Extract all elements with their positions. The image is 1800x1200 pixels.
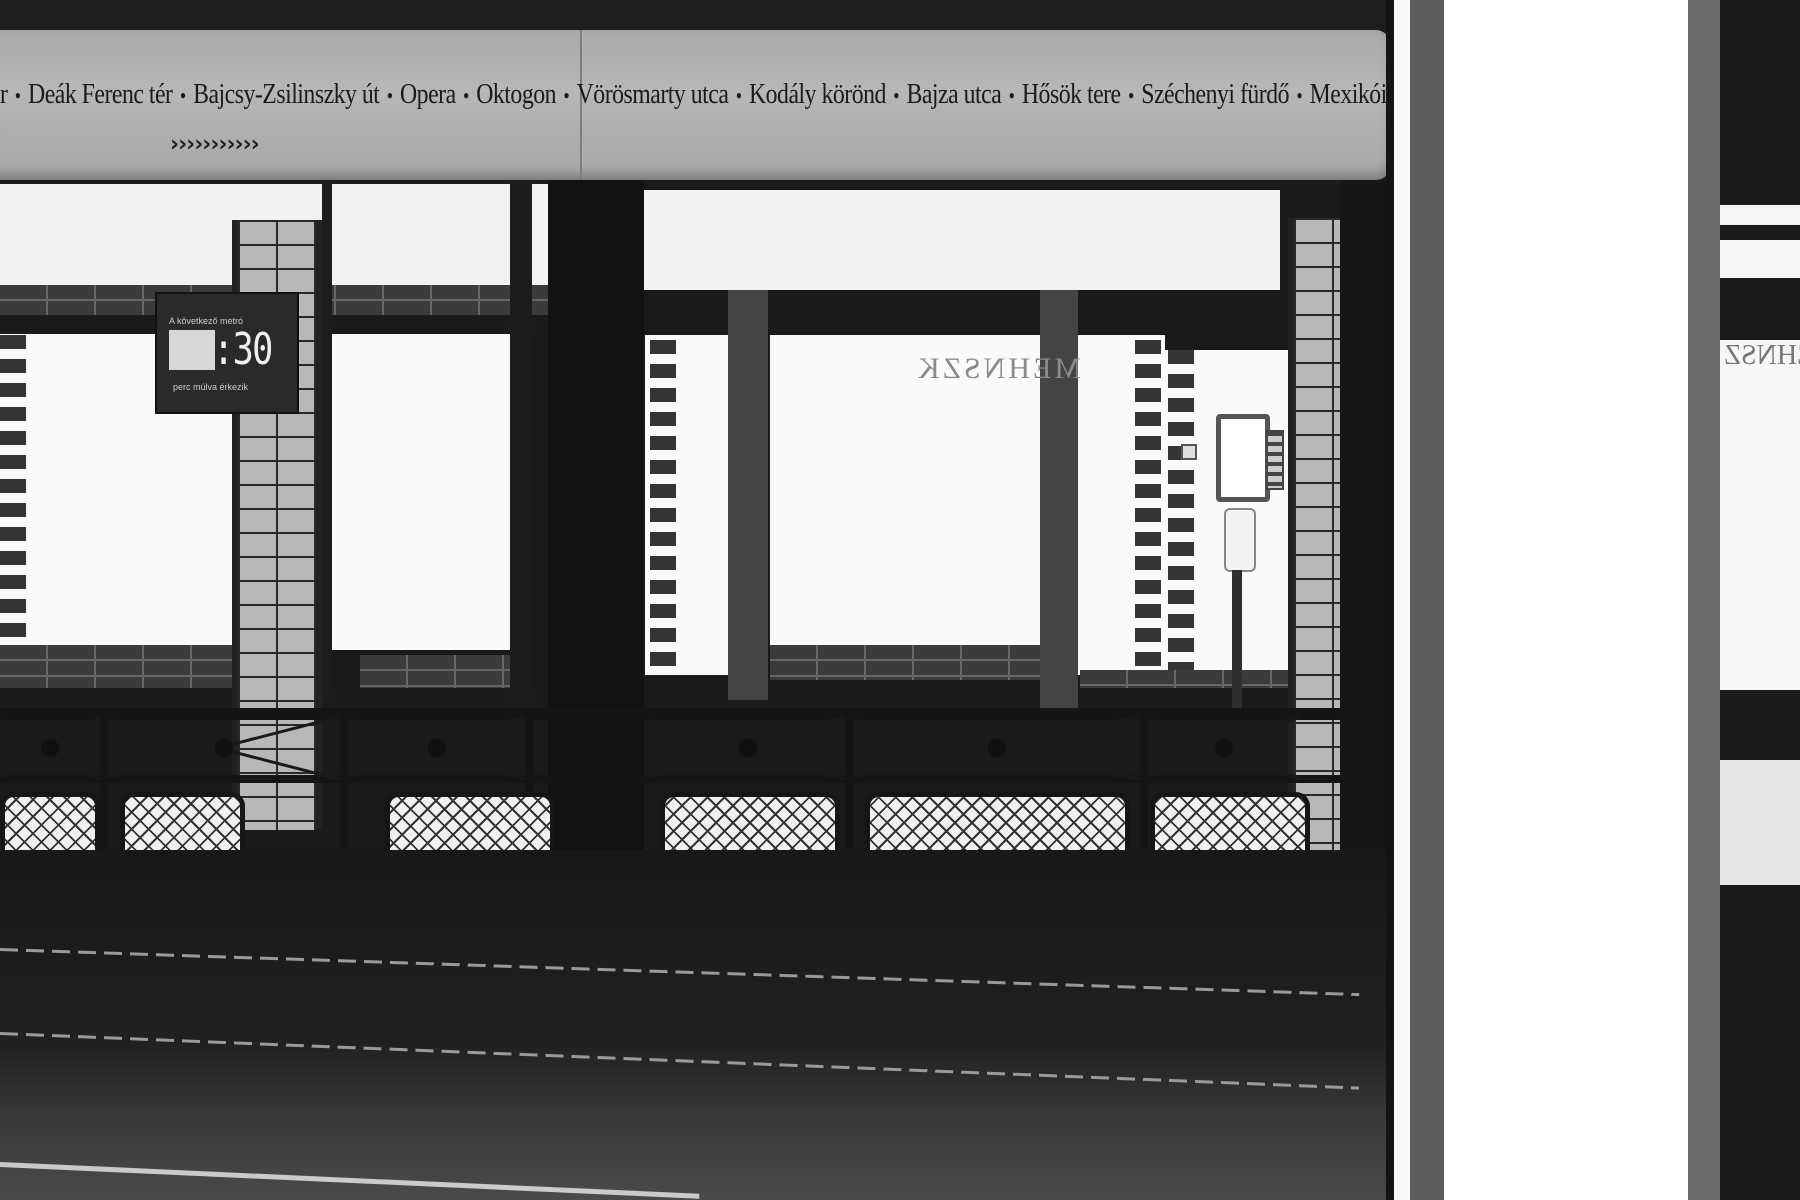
- adjacent-film-frame: MEHNSZ: [1720, 0, 1800, 1200]
- frame-post: [728, 290, 768, 700]
- display-time: :30: [213, 324, 272, 375]
- railing-mesh-panel: [0, 792, 100, 855]
- station-name: Vörösmarty utca: [577, 78, 729, 110]
- film-frame-gap: [1444, 0, 1692, 1200]
- station-list-sign: r•Deák Ferenc tér•Bajcsy-Zsilinszky út•O…: [0, 30, 1390, 180]
- station-separator-icon: •: [563, 83, 569, 108]
- station-name: Oktogon: [476, 78, 556, 110]
- railing-rosette-icon: [428, 739, 446, 757]
- ceiling-light-right: [620, 190, 1280, 290]
- adjacent-frame-band: [1720, 240, 1800, 278]
- railing-mesh-panel: [385, 792, 555, 855]
- brick-edge: [650, 340, 676, 670]
- wall-switch-icon: [1181, 444, 1197, 460]
- station-name: Hősök tere: [1022, 78, 1121, 110]
- railing-mesh-panel: [1150, 792, 1310, 855]
- station-name: Kodály körönd: [749, 78, 886, 110]
- frame-post: [510, 180, 532, 700]
- station-separator-icon: •: [180, 83, 186, 108]
- ceiling-dark-band: [0, 0, 1400, 30]
- adjacent-frame-railing: [1720, 760, 1800, 885]
- railing-rosette-icon: [739, 739, 757, 757]
- station-name: Széchenyi fürdő: [1141, 78, 1289, 110]
- brick-wainscot: [0, 645, 240, 690]
- station-separator-icon: •: [15, 83, 21, 108]
- display-label-bottom: perc múlva érkezik: [173, 382, 248, 392]
- emergency-phone-icon: [1224, 508, 1256, 572]
- mirrored-wall-lettering: MEHNSZK: [915, 352, 1081, 386]
- display-screen: [169, 330, 215, 370]
- railing-rosette-icon: [41, 739, 59, 757]
- railing-mesh-panel: [660, 792, 840, 855]
- railing-post: [100, 710, 108, 855]
- railing-post: [1140, 710, 1148, 855]
- station-name: Deák Ferenc tér: [28, 78, 172, 110]
- brick-edge: [1168, 350, 1194, 680]
- station-separator-icon: •: [893, 83, 899, 108]
- railing-post: [845, 710, 853, 855]
- station-name: Bajza utca: [906, 78, 1001, 110]
- platform-floor: [0, 850, 1400, 1200]
- railing-rosette-icon: [1215, 739, 1233, 757]
- station-separator-icon: •: [387, 83, 393, 108]
- brick-wainscot: [770, 645, 1040, 680]
- adjacent-frame-opening: [1720, 340, 1800, 690]
- adjacent-frame-lettering: MEHNSZ: [1724, 340, 1800, 372]
- station-separator-icon: •: [1296, 83, 1302, 108]
- photo-scene: MEHNSZK A következő metró :30 perc múlva…: [0, 0, 1400, 1200]
- direction-arrows-icon: ›››››››››››: [170, 132, 259, 157]
- fixture-pole: [1232, 570, 1242, 720]
- station-separator-icon: •: [1009, 83, 1015, 108]
- adjacent-frame-band: [1720, 205, 1800, 225]
- railing-rosette-icon: [215, 739, 233, 757]
- next-metro-display: A következő metró :30 perc múlva érkezik: [155, 292, 299, 414]
- frame-post: [322, 180, 332, 700]
- railing-rosette-icon: [988, 739, 1006, 757]
- railing-mesh-panel: [865, 792, 1130, 855]
- station-name: Opera: [400, 78, 456, 110]
- wall-panel-icon: [1266, 430, 1284, 490]
- railing-mesh-panel: [120, 792, 245, 855]
- station-name-fragment: r: [0, 78, 7, 110]
- brick-edge: [1135, 340, 1161, 670]
- brick-edge: [0, 335, 26, 655]
- film-edge-strip: [1688, 0, 1720, 1200]
- wall-mirror-frame: [1216, 414, 1270, 502]
- station-separator-icon: •: [463, 83, 469, 108]
- station-name: Bajcsy-Zsilinszky út: [193, 78, 379, 110]
- back-wall-opening-2: [325, 330, 520, 650]
- railing-post: [340, 710, 348, 855]
- station-list: r•Deák Ferenc tér•Bajcsy-Zsilinszky út•O…: [0, 78, 1400, 111]
- film-edge-strip: [1410, 0, 1444, 1200]
- station-separator-icon: •: [736, 83, 742, 108]
- station-separator-icon: •: [1128, 83, 1134, 108]
